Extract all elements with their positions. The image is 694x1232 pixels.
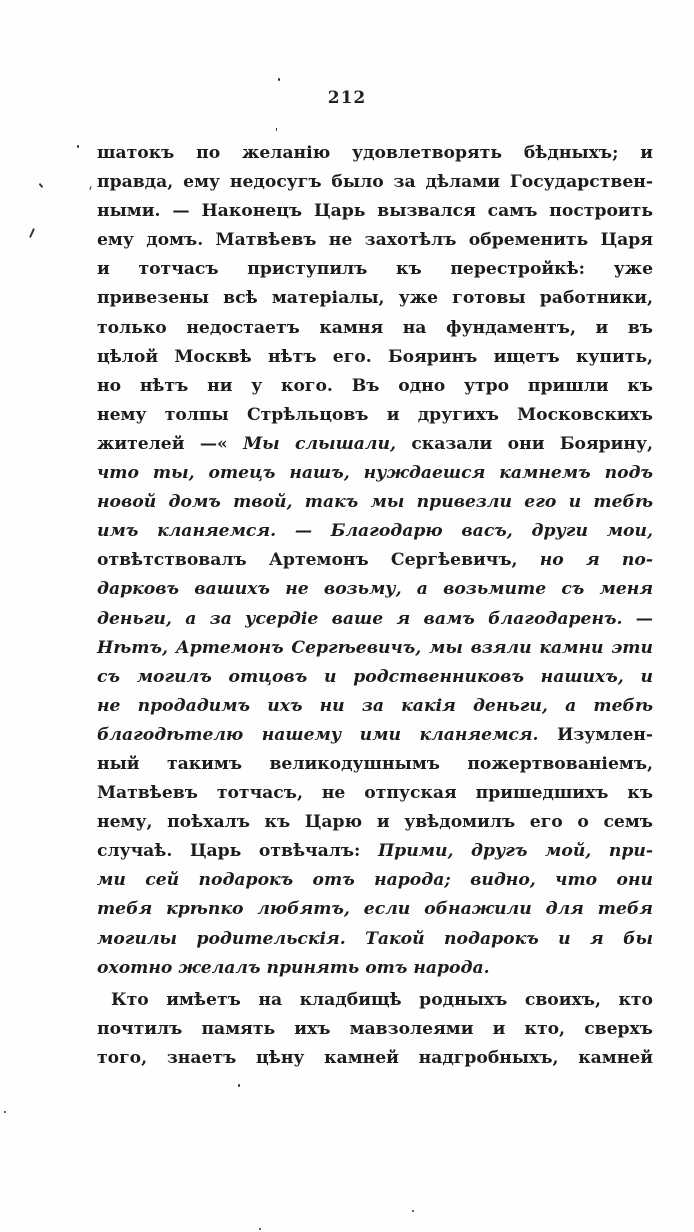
- roman-text: шатокъ по желанію удовлетворять бѣдныхъ;…: [97, 143, 653, 163]
- italic-text: ми сей подарокъ отъ народа; видно, что о…: [97, 870, 653, 890]
- italic-text: не продадимъ ихъ ни за какія деньги, а т…: [97, 696, 653, 716]
- text-line: привезены всѣ матеріалы, уже готовы рабо…: [97, 284, 653, 313]
- roman-text: ный такимъ великодушнымъ пожертвованіемъ…: [97, 754, 653, 774]
- roman-text: нему, поѣхалъ къ Царю и увѣдомилъ его о …: [97, 812, 653, 832]
- italic-text: деньги, а за усердіе ваше я вамъ благода…: [97, 609, 653, 629]
- scan-speck: [29, 228, 35, 238]
- italic-text: имъ кланяемся. — Благодарю васъ, други м…: [97, 521, 653, 541]
- roman-text: нему толпы Стрѣльцовъ и другихъ Московск…: [97, 405, 653, 425]
- text-line: новой домъ твой, такъ мы привезли его и …: [97, 488, 653, 517]
- text-line: ными. — Наконецъ Царь вызвался самъ пост…: [97, 197, 653, 226]
- scan-speck: [238, 1084, 240, 1087]
- italic-text: тебя крѣпко любятъ, если обнажили для те…: [97, 899, 653, 919]
- text-line: деньги, а за усердіе ваше я вамъ благода…: [97, 605, 653, 634]
- scan-speck: [276, 128, 277, 131]
- scan-speck: [412, 1210, 414, 1212]
- text-line: случаѣ. Царь отвѣчалъ: Прими, другъ мой,…: [97, 837, 653, 866]
- roman-text: привезены всѣ матеріалы, уже готовы рабо…: [97, 288, 653, 308]
- roman-text: но нѣтъ ни у кого. Въ одно утро пришли к…: [97, 376, 653, 396]
- text-line: что ты, отецъ нашъ, нуждаешся камнемъ по…: [97, 459, 653, 488]
- text-line: ный такимъ великодушнымъ пожертвованіемъ…: [97, 750, 653, 779]
- italic-text: Нѣтъ, Артемонъ Сергѣевичъ, мы взяли камн…: [97, 638, 653, 658]
- paragraph: шатокъ по желанію удовлетворять бѣдныхъ;…: [97, 139, 653, 983]
- scan-speck: [89, 186, 91, 190]
- italic-text: Прими, другъ мой, при-: [378, 841, 653, 861]
- roman-text: Кто имѣетъ на кладбищѣ родныхъ своихъ, к…: [111, 990, 653, 1010]
- roman-text: почтилъ память ихъ мавзолеями и кто, све…: [97, 1019, 653, 1039]
- text-line: Нѣтъ, Артемонъ Сергѣевичъ, мы взяли камн…: [97, 634, 653, 663]
- page-number: 212: [0, 88, 694, 108]
- text-line: нему, поѣхалъ къ Царю и увѣдомилъ его о …: [97, 808, 653, 837]
- roman-text: Матвѣевъ тотчасъ, не отпуская пришедшихъ…: [97, 783, 653, 803]
- roman-text: ему домъ. Матвѣевъ не захотѣлъ обременит…: [97, 230, 653, 250]
- text-line: нему толпы Стрѣльцовъ и другихъ Московск…: [97, 401, 653, 430]
- scan-speck: [278, 78, 280, 81]
- italic-text: но я по-: [540, 550, 653, 570]
- roman-text: сказали они Боярину,: [396, 434, 653, 454]
- text-line: ми сей подарокъ отъ народа; видно, что о…: [97, 866, 653, 895]
- paragraph: Кто имѣетъ на кладбищѣ родныхъ своихъ, к…: [97, 986, 653, 1073]
- text-line: не продадимъ ихъ ни за какія деньги, а т…: [97, 692, 653, 721]
- roman-text: ными. — Наконецъ Царь вызвался самъ пост…: [97, 201, 653, 221]
- scan-speck: [259, 1228, 261, 1230]
- text-line: того, знаетъ цѣну камней надгробныхъ, ка…: [97, 1044, 653, 1073]
- text-line: цѣлой Москвѣ нѣтъ его. Бояринъ ищетъ куп…: [97, 343, 653, 372]
- text-line: могилы родительскія. Такой подарокъ и я …: [97, 925, 653, 954]
- text-line: имъ кланяемся. — Благодарю васъ, други м…: [97, 517, 653, 546]
- roman-text: того, знаетъ цѣну камней надгробныхъ, ка…: [97, 1048, 653, 1068]
- roman-text: и тотчасъ приступилъ къ перестройкѣ: уже: [97, 259, 653, 279]
- scan-speck: [4, 1111, 6, 1113]
- italic-text: благодѣтелю нашему ими кланяемся.: [97, 725, 539, 745]
- italic-text: съ могилъ отцовъ и родственниковъ нашихъ…: [97, 667, 653, 687]
- text-line: почтилъ память ихъ мавзолеями и кто, све…: [97, 1015, 653, 1044]
- body-text: шатокъ по желанію удовлетворять бѣдныхъ;…: [97, 139, 653, 1073]
- italic-text: дарковъ вашихъ не возьму, а возьмите съ …: [97, 579, 653, 599]
- roman-text: случаѣ. Царь отвѣчалъ:: [97, 841, 378, 861]
- text-line: благодѣтелю нашему ими кланяемся. Изумле…: [97, 721, 653, 750]
- italic-text: охотно желалъ принять отъ народа.: [97, 958, 490, 978]
- italic-text: Мы слышали,: [243, 434, 396, 454]
- italic-text: что ты, отецъ нашъ, нуждаешся камнемъ по…: [97, 463, 653, 483]
- italic-text: могилы родительскія. Такой подарокъ и я …: [97, 929, 653, 949]
- text-line: тебя крѣпко любятъ, если обнажили для те…: [97, 895, 653, 924]
- text-line: охотно желалъ принять отъ народа.: [97, 954, 653, 983]
- roman-text: правда, ему недосугъ было за дѣлами Госу…: [97, 172, 653, 192]
- text-line: шатокъ по желанію удовлетворять бѣдныхъ;…: [97, 139, 653, 168]
- text-line: правда, ему недосугъ было за дѣлами Госу…: [97, 168, 653, 197]
- text-line: съ могилъ отцовъ и родственниковъ нашихъ…: [97, 663, 653, 692]
- book-page: 212 шатокъ по желанію удовлетворять бѣдн…: [0, 0, 694, 1232]
- text-line: отвѣтствовалъ Артемонъ Сергѣевичъ, но я …: [97, 546, 653, 575]
- text-line: и тотчасъ приступилъ къ перестройкѣ: уже: [97, 255, 653, 284]
- roman-text: Изумлен-: [539, 725, 653, 745]
- text-line: Матвѣевъ тотчасъ, не отпуская пришедшихъ…: [97, 779, 653, 808]
- text-line: ему домъ. Матвѣевъ не захотѣлъ обременит…: [97, 226, 653, 255]
- roman-text: только недостаетъ камня на фундаментъ, и…: [97, 318, 653, 338]
- text-line: дарковъ вашихъ не возьму, а возьмите съ …: [97, 575, 653, 604]
- text-line: но нѣтъ ни у кого. Въ одно утро пришли к…: [97, 372, 653, 401]
- text-line: только недостаетъ камня на фундаментъ, и…: [97, 314, 653, 343]
- italic-text: новой домъ твой, такъ мы привезли его и …: [97, 492, 653, 512]
- roman-text: цѣлой Москвѣ нѣтъ его. Бояринъ ищетъ куп…: [97, 347, 653, 367]
- scan-speck: [39, 183, 44, 188]
- roman-text: жителей —«: [97, 434, 243, 454]
- text-line: жителей —« Мы слышали, сказали они Бояри…: [97, 430, 653, 459]
- text-line: Кто имѣетъ на кладбищѣ родныхъ своихъ, к…: [97, 986, 653, 1015]
- roman-text: отвѣтствовалъ Артемонъ Сергѣевичъ,: [97, 550, 540, 570]
- scan-speck: [77, 145, 79, 148]
